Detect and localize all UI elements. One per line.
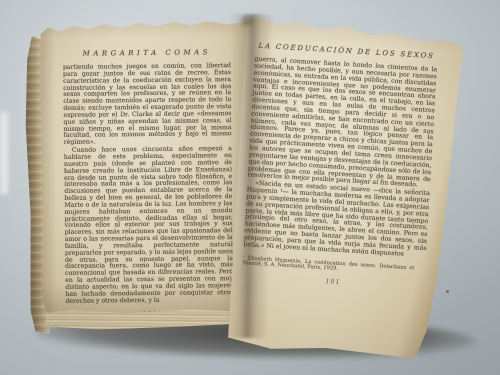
- left-page: MARGARITA COMAS partiendo muchos juegos …: [39, 19, 252, 314]
- page-gap-notch: [241, 16, 253, 26]
- photo-background: MARGARITA COMAS partiendo muchos juegos …: [0, 0, 500, 375]
- paragraph: guerra, al conmover hasta lo hondo los c…: [247, 57, 437, 191]
- right-page: LA COEDUCACIÓN DE LOS SEXOS guerra, al c…: [227, 17, 465, 360]
- paragraph: «Nacida en un estado social nuevo —dice …: [243, 180, 430, 259]
- paragraph: partiendo muchos juegos en común, con li…: [63, 63, 232, 147]
- background-light-streak: [0, 112, 8, 194]
- left-page-body: partiendo muchos juegos en común, con li…: [63, 63, 234, 305]
- paragraph: Cuando hace unos cincuenta años empezó a…: [64, 146, 234, 305]
- dust-speck: [446, 290, 449, 293]
- right-page-body: guerra, al conmover hasta lo hondo los c…: [243, 57, 437, 260]
- left-page-header: MARGARITA COMAS: [63, 48, 231, 58]
